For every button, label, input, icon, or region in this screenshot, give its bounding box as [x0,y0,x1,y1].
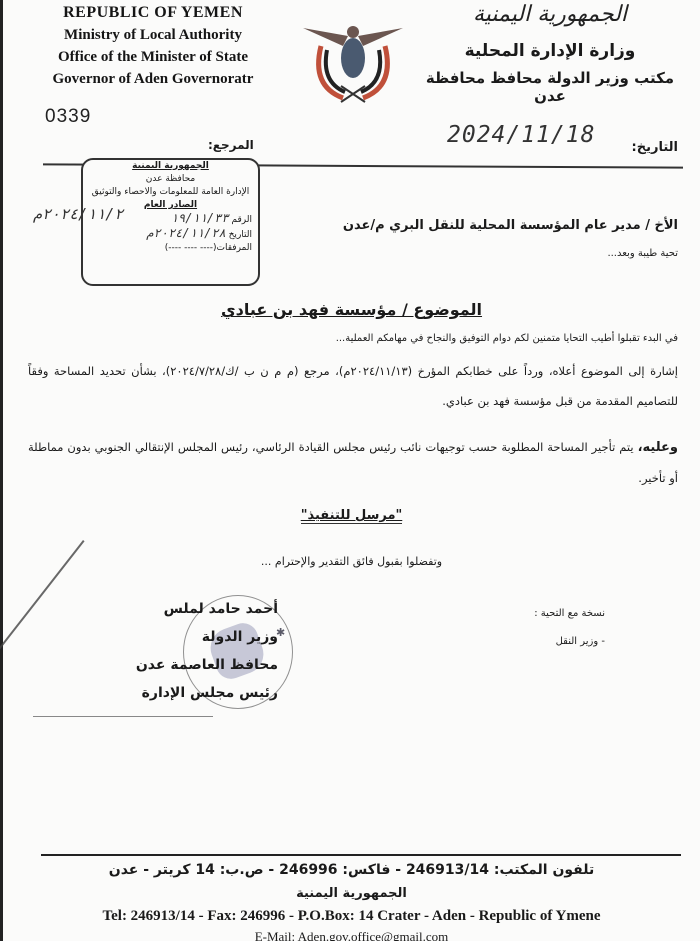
english-letterhead: REPUBLIC OF YEMEN Ministry of Local Auth… [33,2,273,90]
copy-to-item: - وزير النقل [534,628,605,656]
signature-underline [33,716,213,717]
stamp-governorate: محافظة عدن [83,173,258,186]
handwritten-date: 2024/11/18 [447,122,595,148]
signatory-block: أحمد حامد لملس وزير الدولة محافظ العاصمة… [68,595,278,707]
stamp-attachments: المرفقات(---- ---- ----) [83,242,258,255]
date-label: التاريخ: [632,140,678,155]
official-letter: REPUBLIC OF YEMEN Ministry of Local Auth… [0,0,700,941]
stamp-date-value: ٢٠٢٤/١١/٢٨م [146,226,225,240]
arabic-letterhead: الجمهورية اليمنية وزارة الإدارة المحلية … [420,2,680,105]
greeting: تحية طيبة وبعد... [607,248,678,259]
footer-arabic-contact: تلفون المكتب: 246913/14 - فاكس: 246996 -… [3,862,700,878]
copy-to-label: نسخة مع التحية : [534,600,605,628]
reference-paragraph: إشارة إلى الموضوع أعلاه، ورداً على خطابك… [28,356,678,416]
execution-text: "مرسل للتنفيذ" [301,508,403,524]
stamp-date-label: التاريخ [229,230,252,240]
yemen-eagle-emblem-icon [293,6,413,106]
english-ministry: Ministry of Local Authority [33,24,273,46]
reference-label: المرجع: [208,138,254,152]
stamp-number-value: ١٩/١١/٣٣ [171,211,229,225]
recipient-line: الأخ / مدير عام المؤسسة المحلية للنقل ال… [343,218,678,233]
stamp-department: الإدارة العامة للمعلومات والاحصاء والتوث… [83,186,258,199]
signatory-title-minister: وزير الدولة [68,623,278,651]
english-governor: Governor of Aden Governoratr [33,68,273,90]
footer-email: E-Mail: Aden.gov.office@gmail.com [3,929,700,941]
decision-lead: وعليه، [638,440,678,455]
signatory-title-governor: محافظ العاصمة عدن [68,651,278,679]
signatory-title-chairman: رئيس مجلس الإدارة [68,679,278,707]
english-office: Office of the Minister of State [33,46,273,68]
subject-text: الموضوع / مؤسسة فهد بن عبادي [221,300,482,319]
footer-arabic-republic: الجمهورية اليمنية [3,886,700,901]
signatory-name: أحمد حامد لملس [68,595,278,623]
opening-paragraph: في البدء تقبلوا أطيب التحايا متمنين لكم … [28,330,678,348]
english-republic: REPUBLIC OF YEMEN [33,2,273,24]
stamp-number-label: الرقم [231,215,252,225]
arabic-republic: الجمهورية اليمنية [420,2,680,27]
footer-english-contact: Tel: 246913/14 - Fax: 246996 - P.O.Box: … [3,908,700,925]
decision-text: يتم تأجير المساحة المطلوبة حسب توجيهات ن… [28,440,678,485]
arabic-ministry: وزارة الإدارة المحلية [420,41,680,61]
arabic-office: مكتب وزير الدولة محافظ محافظة عدن [420,69,680,105]
stamp-title: الجمهورية اليمنية [83,160,258,173]
footer-divider [41,854,681,856]
document-number: 0339 [45,106,91,128]
copy-to-block: نسخة مع التحية : - وزير النقل [534,600,605,656]
closing-line: وتفضلوا بقبول فائق التقدير والإحترام ... [3,555,700,568]
subject-line: الموضوع / مؤسسة فهد بن عبادي [3,300,700,319]
execution-note: "مرسل للتنفيذ" [3,508,700,523]
decision-paragraph: وعليه، يتم تأجير المساحة المطلوبة حسب تو… [28,432,678,493]
stamp-date-row: التاريخ ٢٠٢٤/١١/٢٨م [83,227,258,242]
side-handwriting: ٢٠٢٤/١١/٢م [33,205,123,223]
